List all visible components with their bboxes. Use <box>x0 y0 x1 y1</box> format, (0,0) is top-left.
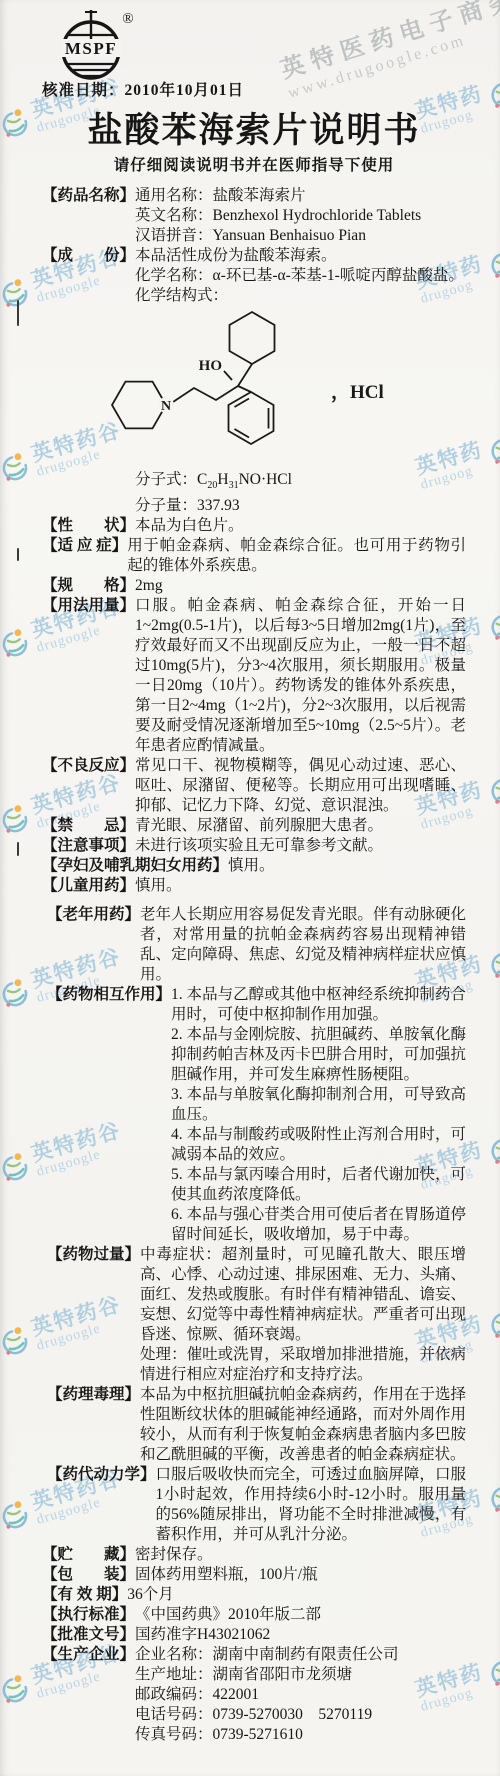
section-label: 【规 格】 <box>42 576 135 596</box>
section-description: 【性 状】 本品为白色片。 <box>42 516 466 536</box>
section-standard: 【执行标准】 《中国药典》2010年版二部 <box>42 1605 466 1625</box>
manufacturer-logo: MSPF ® <box>42 6 466 80</box>
generic-name: 通用名称：盐酸苯海索片 <box>135 186 466 206</box>
section-dosage: 【用法用量】 口服。帕金森病、帕金森综合征，开始一日1~2mg(0.5-1片)，… <box>42 596 466 756</box>
package-insert-page: 英特医药电子商务 www.drugoogle.com 英特药谷drugoogle… <box>0 0 500 1776</box>
section-label: 【适 应 症】 <box>42 536 127 576</box>
pharmacology-text: 本品为中枢抗胆碱抗帕金森病药，作用在于选择性阻断纹状体的胆碱能神经通路，而对外周… <box>140 1385 466 1465</box>
molecular-weight: 分子量：337.93 <box>135 496 466 516</box>
composition-intro: 本品活性成份为盐酸苯海索。 <box>135 246 466 266</box>
section-indications: 【适 应 症】 用于帕金森病、帕金森综合征。也可用于药物引起的锥体外系疾患。 <box>42 536 466 576</box>
approval-number-text: 国药准字H43021062 <box>135 1625 466 1645</box>
registered-trademark-icon: ® <box>122 11 133 27</box>
strength-text: 2mg <box>135 576 466 596</box>
precautions-text: 未进行该项实验且无可靠参考文献。 <box>135 836 466 856</box>
section-label: 【包 装】 <box>42 1565 135 1585</box>
logo-text: MSPF <box>65 39 117 58</box>
overdose-symptoms: 中毒症状：超剂量时，可见瞳孔散大、眼压增高、心悸、心动过速、排尿困难、无力、头痛… <box>140 1245 466 1345</box>
fax-number: 传真号码：0739-5271610 <box>135 1725 466 1745</box>
approval-date: 核准日期：2010年10月01日 <box>42 80 466 102</box>
formula-part: 分子式：C <box>135 471 207 488</box>
adverse-text: 常见口干、视物模糊等，偶见心动过速、恶心、呕吐、尿潴留、便秘等。长期应用可出现嗜… <box>135 756 466 816</box>
indications-text: 用于帕金森病、帕金森综合征。也可用于药物引起的锥体外系疾患。 <box>127 536 466 576</box>
section-packaging: 【包 装】 固体药用塑料瓶，100片/瓶 <box>42 1565 466 1585</box>
section-composition: 【成 份】 本品活性成份为盐酸苯海索。 化学名称： α-环已基-α-苯基-1-哌… <box>42 246 466 516</box>
postal-code: 邮政编码：422001 <box>135 1685 466 1705</box>
interaction-item: 1. 本品与乙醇或其他中枢神经系统抑制药合用时，可使中枢抑制作用加强。 <box>171 985 466 1025</box>
section-approval-number: 【批准文号】 国药准字H43021062 <box>42 1625 466 1645</box>
section-label: 【用法用量】 <box>42 596 135 756</box>
description-text: 本品为白色片。 <box>135 516 466 536</box>
structure-caption: 化学结构式： <box>135 286 466 306</box>
interaction-item: 4. 本品与制酸药或吸附性止泻剂合用时，可减弱本品的效应。 <box>171 1125 466 1165</box>
section-label: 【药理毒理】 <box>47 1385 140 1465</box>
molecular-formula: 分子式：C20H31NO·HCl <box>135 470 466 496</box>
formula-part: H <box>217 471 228 488</box>
chemical-name-row: 化学名称： α-环已基-α-苯基-1-哌啶丙醇盐酸盐。 <box>135 266 466 286</box>
section-label: 【注意事项】 <box>42 836 135 856</box>
section-storage: 【贮 藏】 密封保存。 <box>42 1545 466 1565</box>
section-manufacturer: 【生产企业】 企业名称：湖南中南制药有限责任公司 生产地址：湖南省邵阳市龙须塘 … <box>42 1645 466 1745</box>
section-children: 【儿童用药】 慎用。 <box>42 876 466 896</box>
pinyin-name: 汉语拼音：Yansuan Benhaisuo Pian <box>135 226 466 246</box>
overdose-treatment: 处理：催吐或洗胃，采取增加排泄措施，并依病情进行相应对症治疗和支持疗法。 <box>140 1345 466 1385</box>
chemical-name: α-环已基-α-苯基-1-哌啶丙醇盐酸盐。 <box>213 266 466 286</box>
section-label: 【药物过量】 <box>47 1245 140 1385</box>
section-adverse-reactions: 【不良反应】 常见口干、视物模糊等，偶见心动过速、恶心、呕吐、尿潴留、便秘等。长… <box>42 756 466 816</box>
pregnancy-text: 慎用。 <box>228 856 466 876</box>
section-drug-name: 【药品名称】 通用名称：盐酸苯海索片 英文名称：Benzhexol Hydroc… <box>42 186 466 246</box>
formula-subscript: 31 <box>229 480 239 491</box>
section-validity: 【有 效 期】 36个月 <box>42 1585 466 1605</box>
hcl-label: ，HCl <box>331 382 384 403</box>
english-name: 英文名称：Benzhexol Hydrochloride Tablets <box>135 206 466 226</box>
section-drug-interactions: 【药物相互作用】 1. 本品与乙醇或其他中枢神经系统抑制药合用时，可使中枢抑制作… <box>47 985 466 1245</box>
hydroxyl-label: HO <box>199 358 222 374</box>
section-overdose: 【药物过量】 中毒症状：超剂量时，可见瞳孔散大、眼压增高、心悸、心动过速、排尿困… <box>47 1245 466 1385</box>
section-label: 【儿童用药】 <box>42 876 135 896</box>
page-subtitle: 请仔细阅读说明书并在医师指导下使用 <box>42 156 466 176</box>
pharmacokinetics-text: 口服后吸收快而完全，可透过血脑屏障，口服1小时起效，作用持续6小时-12小时。服… <box>156 1465 466 1545</box>
contraindications-text: 青光眼、尿潴留、前列腺肥大患者。 <box>135 816 466 836</box>
section-pregnancy: 【孕妇及哺乳期妇女用药】 慎用。 <box>42 856 466 876</box>
mspf-globe-logo-icon: MSPF ® <box>54 8 138 82</box>
interaction-item: 2. 本品与金刚烷胺、抗胆碱药、单胺氧化酶抑制药帕吉林及丙卡巴肼合用时，可加强抗… <box>171 1025 466 1085</box>
section-label: 【老年用药】 <box>47 905 140 985</box>
section-label: 【不良反应】 <box>42 756 135 816</box>
section-label: 【药代动力学】 <box>47 1465 156 1545</box>
section-elderly: 【老年用药】 老年人长期应用容易促发青光眼。伴有动脉硬化者，对常用量的抗帕金森病… <box>47 905 466 985</box>
section-label: 【禁 忌】 <box>42 816 135 836</box>
chemical-structure: N HO ，HCl <box>89 310 466 468</box>
company-name: 企业名称：湖南中南制药有限责任公司 <box>135 1645 466 1665</box>
section-label: 【性 状】 <box>42 516 135 536</box>
section-pharmacokinetics: 【药代动力学】 口服后吸收快而完全，可透过血脑屏障，口服1小时起效，作用持续6小… <box>47 1465 466 1545</box>
section-contraindications: 【禁 忌】 青光眼、尿潴留、前列腺肥大患者。 <box>42 816 466 836</box>
chemical-structure-drawing: N HO ，HCl <box>89 310 461 462</box>
validity-text: 36个月 <box>127 1585 466 1605</box>
storage-text: 密封保存。 <box>135 1545 466 1565</box>
section-strength: 【规 格】 2mg <box>42 576 466 596</box>
section-label: 【药物相互作用】 <box>47 985 171 1245</box>
interaction-item: 5. 本品与氯丙嗪合用时，后者代谢加快，可使其血药浓度降低。 <box>171 1165 466 1205</box>
chemical-name-head: 化学名称： <box>135 266 213 286</box>
children-text: 慎用。 <box>135 876 466 896</box>
section-label: 【药品名称】 <box>42 186 135 246</box>
elderly-text: 老年人长期应用容易促发青光眼。伴有动脉硬化者，对常用量的抗帕金森病药容易出现精神… <box>140 905 466 985</box>
dosage-text: 口服。帕金森病、帕金森综合征，开始一日1~2mg(0.5-1片)，以后每3~5日… <box>135 596 466 756</box>
formula-subscript: 20 <box>207 480 217 491</box>
section-label: 【批准文号】 <box>42 1625 135 1645</box>
section-pharmacology: 【药理毒理】 本品为中枢抗胆碱抗帕金森病药，作用在于选择性阻断纹状体的胆碱能神经… <box>47 1385 466 1465</box>
interaction-item: 6. 本品与强心苷类合用可使后者在胃肠道停留时间延长，吸收增加，易于中毒。 <box>171 1205 466 1245</box>
interaction-item: 3. 本品与单胺氧化酶抑制剂合用，可导致高血压。 <box>171 1085 466 1125</box>
section-label: 【执行标准】 <box>42 1605 135 1625</box>
section-label: 【贮 藏】 <box>42 1545 135 1565</box>
section-label: 【孕妇及哺乳期妇女用药】 <box>42 856 228 876</box>
phone-number: 电话号码：0739-5270030 5270119 <box>135 1705 466 1725</box>
standard-text: 《中国药典》2010年版二部 <box>135 1605 466 1625</box>
section-label: 【生产企业】 <box>42 1645 135 1745</box>
nitrogen-label: N <box>161 399 171 414</box>
packaging-text: 固体药用塑料瓶，100片/瓶 <box>135 1565 466 1585</box>
page-title: 盐酸苯海索片说明书 <box>42 110 466 152</box>
company-address: 生产地址：湖南省邵阳市龙须塘 <box>135 1665 466 1685</box>
section-label: 【有 效 期】 <box>42 1585 127 1605</box>
section-precautions: 【注意事项】 未进行该项实验且无可靠参考文献。 <box>42 836 466 856</box>
formula-part: NO·HCl <box>239 471 292 488</box>
